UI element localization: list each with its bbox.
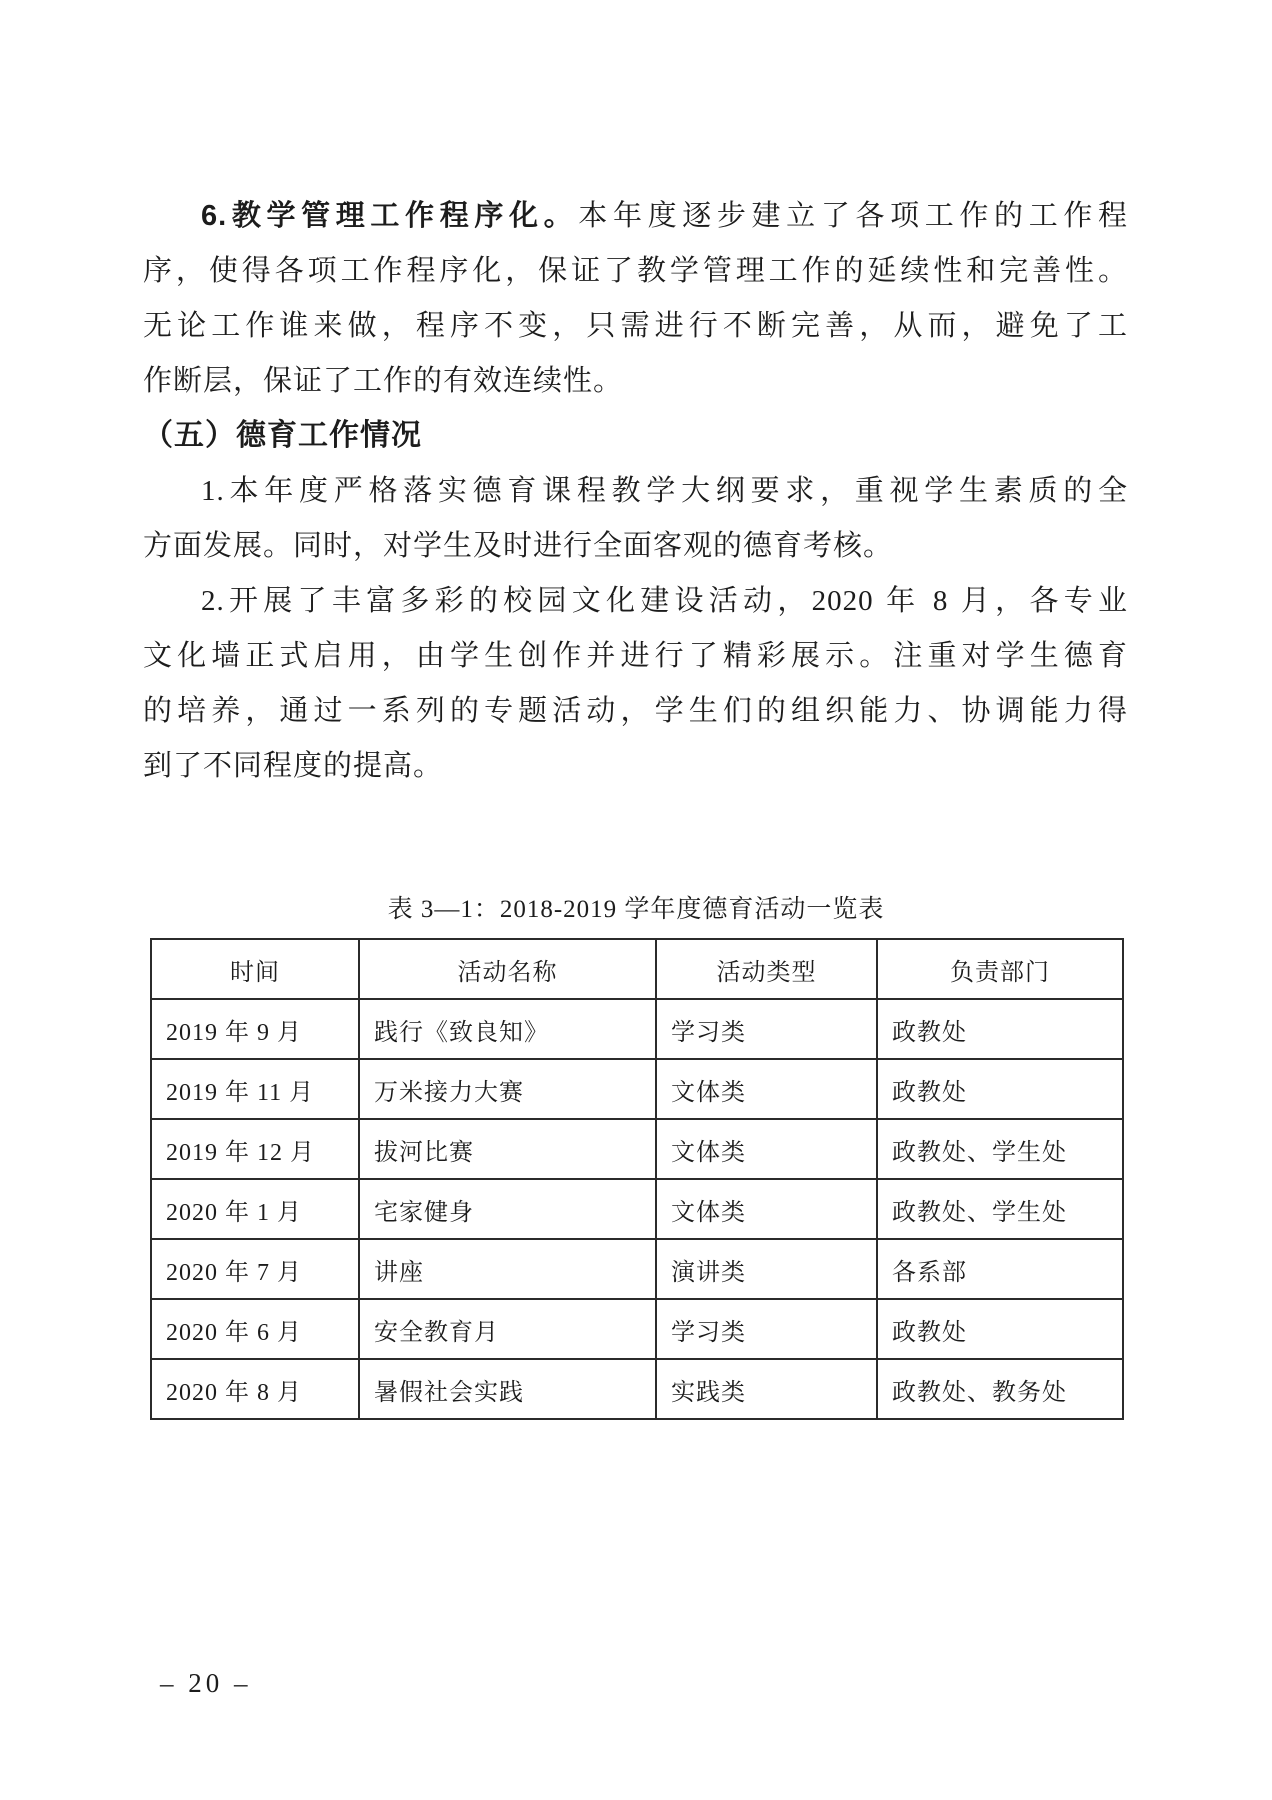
- paragraph-line: 作断层，保证了工作的有效连续性。: [143, 361, 1128, 407]
- activity-table: 时间 活动名称 活动类型 负责部门 2019 年 9 月 践行《致良知》 学习类…: [150, 938, 1124, 1420]
- paragraph-lead-bold: 6.教学管理工作程序化。: [201, 200, 578, 232]
- table-cell-time: 2020 年 8 月: [151, 1359, 359, 1419]
- table-cell-activity-type: 演讲类: [656, 1239, 877, 1299]
- document-page: 6.教学管理工作程序化。本年度逐步建立了各项工作的工作程 序，使得各项工作程序化…: [0, 0, 1272, 1800]
- section-heading: （五）德育工作情况: [143, 416, 1128, 462]
- header-cell-time: 时间: [151, 939, 359, 999]
- header-cell-activity-name: 活动名称: [359, 939, 656, 999]
- table-cell-time: 2020 年 7 月: [151, 1239, 359, 1299]
- table-cell-department: 政教处: [877, 999, 1123, 1059]
- table-cell-activity-type: 实践类: [656, 1359, 877, 1419]
- table-caption: 表 3—1：2018-2019 学年度德育活动一览表: [150, 889, 1122, 925]
- paragraph-line: 方面发展。同时，对学生及时进行全面客观的德育考核。: [143, 526, 1128, 572]
- table-cell-activity-name: 安全教育月: [359, 1299, 656, 1359]
- table-row: 2020 年 6 月 安全教育月 学习类 政教处: [151, 1299, 1123, 1359]
- paragraph-line: 6.教学管理工作程序化。本年度逐步建立了各项工作的工作程: [143, 196, 1128, 242]
- table-header-row: 时间 活动名称 活动类型 负责部门: [151, 939, 1123, 999]
- table-row: 2019 年 12 月 拔河比赛 文体类 政教处、学生处: [151, 1119, 1123, 1179]
- paragraph-line: 到了不同程度的提高。: [143, 746, 1128, 792]
- table-row: 2020 年 1 月 宅家健身 文体类 政教处、学生处: [151, 1179, 1123, 1239]
- header-cell-department: 负责部门: [877, 939, 1123, 999]
- paragraph-text: 本年度逐步建立了各项工作的工作程: [578, 200, 1128, 232]
- paragraph-line: 无论工作谁来做，程序不变，只需进行不断完善，从而，避免了工: [143, 306, 1128, 352]
- table-cell-department: 政教处、学生处: [877, 1119, 1123, 1179]
- table-row: 2020 年 8 月 暑假社会实践 实践类 政教处、教务处: [151, 1359, 1123, 1419]
- page-number: – 20 –: [160, 1668, 252, 1699]
- table-cell-department: 政教处: [877, 1059, 1123, 1119]
- table-cell-activity-name: 拔河比赛: [359, 1119, 656, 1179]
- table-cell-time: 2019 年 9 月: [151, 999, 359, 1059]
- table-cell-activity-type: 文体类: [656, 1179, 877, 1239]
- table-cell-time: 2020 年 6 月: [151, 1299, 359, 1359]
- table-cell-time: 2019 年 11 月: [151, 1059, 359, 1119]
- table-cell-activity-name: 践行《致良知》: [359, 999, 656, 1059]
- table-cell-activity-type: 文体类: [656, 1059, 877, 1119]
- table-cell-activity-name: 讲座: [359, 1239, 656, 1299]
- paragraph-line: 序，使得各项工作程序化，保证了教学管理工作的延续性和完善性。: [143, 251, 1128, 297]
- table-cell-activity-type: 学习类: [656, 999, 877, 1059]
- table-row: 2019 年 9 月 践行《致良知》 学习类 政教处: [151, 999, 1123, 1059]
- table-cell-activity-name: 宅家健身: [359, 1179, 656, 1239]
- table-cell-activity-type: 学习类: [656, 1299, 877, 1359]
- paragraph-line: 文化墙正式启用，由学生创作并进行了精彩展示。注重对学生德育: [143, 636, 1128, 682]
- table-row: 2019 年 11 月 万米接力大赛 文体类 政教处: [151, 1059, 1123, 1119]
- table-cell-department: 政教处: [877, 1299, 1123, 1359]
- table-cell-activity-name: 暑假社会实践: [359, 1359, 656, 1419]
- header-cell-activity-type: 活动类型: [656, 939, 877, 999]
- table-cell-activity-type: 文体类: [656, 1119, 877, 1179]
- paragraph-line: 1.本年度严格落实德育课程教学大纲要求，重视学生素质的全: [143, 471, 1128, 517]
- table-cell-department: 政教处、教务处: [877, 1359, 1123, 1419]
- table-cell-time: 2020 年 1 月: [151, 1179, 359, 1239]
- paragraph-line: 的培养，通过一系列的专题活动，学生们的组织能力、协调能力得: [143, 691, 1128, 737]
- table-cell-department: 各系部: [877, 1239, 1123, 1299]
- table-cell-activity-name: 万米接力大赛: [359, 1059, 656, 1119]
- table-cell-time: 2019 年 12 月: [151, 1119, 359, 1179]
- paragraph-line: 2.开展了丰富多彩的校园文化建设活动，2020 年 8 月，各专业: [143, 581, 1128, 627]
- table-row: 2020 年 7 月 讲座 演讲类 各系部: [151, 1239, 1123, 1299]
- table-cell-department: 政教处、学生处: [877, 1179, 1123, 1239]
